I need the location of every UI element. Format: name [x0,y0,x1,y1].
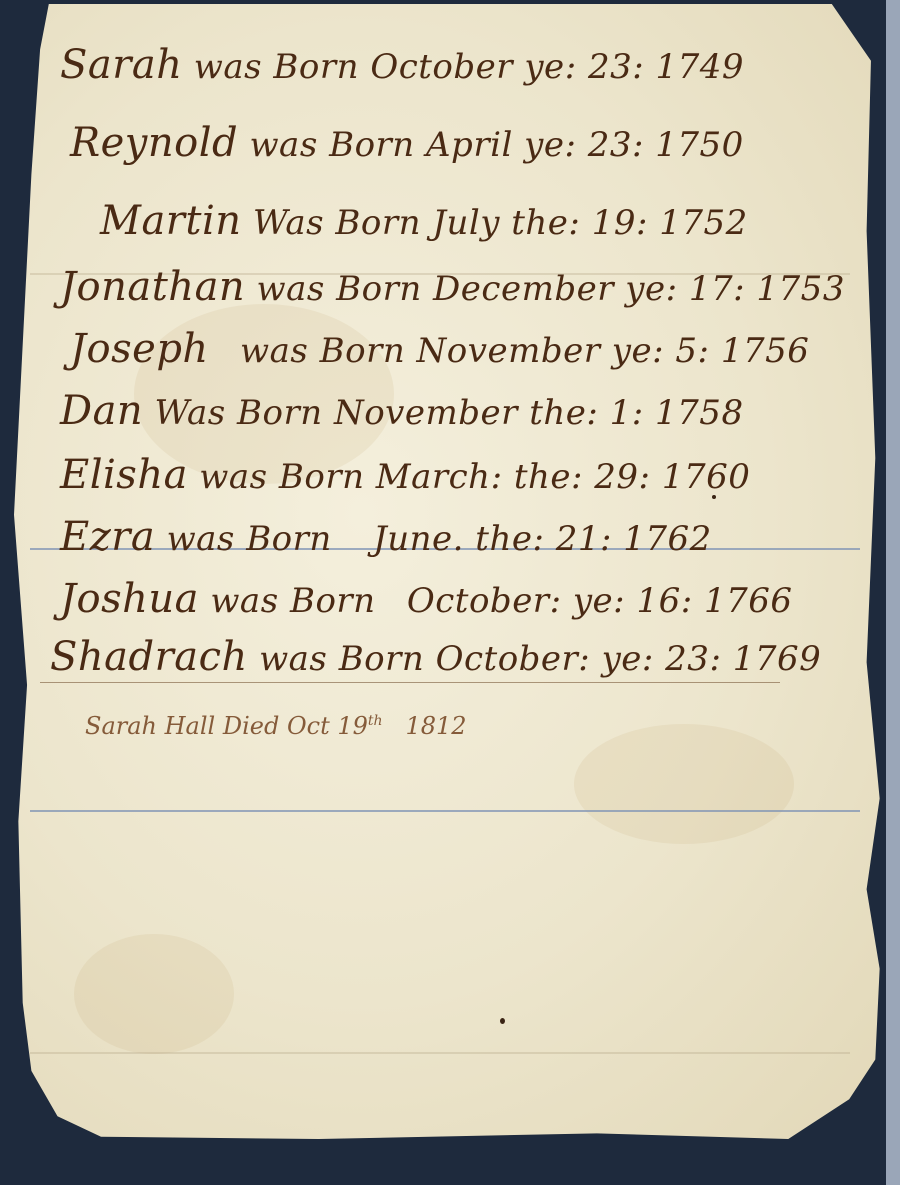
entry-article: ye [602,639,642,679]
entry-month: June [373,519,453,559]
entry-article: the [529,393,586,433]
entry-month: October [407,581,550,621]
entry-year: 1758 [655,393,744,433]
entry-article: ye [524,47,564,87]
fold-tear [30,810,860,812]
entry-year: 1750 [655,125,744,165]
entry-name: Martin [100,198,242,244]
entry-year: 1753 [756,269,845,309]
entry-day: 1 [610,393,632,433]
entry-name: Jonathan [60,264,245,310]
manuscript-page [14,4,884,1139]
entry-month: April [426,125,513,165]
entry-name: Reynold [70,120,238,166]
entry-ezra: Ezra was Born June. the: 21: 1762 [60,514,712,560]
entry-month: December [433,269,614,309]
entry-article: the [514,457,571,497]
entry-article: the [475,519,532,559]
death-note: Sarah Hall Died Oct 19th 1812 [85,712,467,740]
entry-joseph: Joseph was Born November ye: 5: 1756 [70,326,809,372]
entry-day: 21 [556,519,600,559]
entry-year: 1752 [659,203,748,243]
entry-name: Joshua [60,576,199,622]
entry-article: ye [612,331,652,371]
entry-verb: was Born [249,125,414,165]
entry-year: 1762 [623,519,712,559]
entry-jonathan: Jonathan was Born December ye: 17: 1753 [60,264,845,310]
entry-article: ye [625,269,665,309]
ink-spot [500,1018,505,1024]
entry-day: 16 [636,581,680,621]
entry-verb: was Born [259,639,424,679]
entry-verb: was Born [256,269,421,309]
death-note-ordinal: th [368,713,383,729]
fold-crease [30,1052,850,1054]
ruled-divider-line [40,682,780,683]
entry-day: 17 [689,269,733,309]
entry-name: Ezra [60,514,155,560]
entry-article: the [511,203,568,243]
entry-name: Shadrach [50,634,248,680]
entry-shadrach: Shadrach was Born October: ye: 23: 1769 [50,634,821,680]
entry-year: 1769 [733,639,822,679]
entry-year: 1756 [721,331,810,371]
paper-stain [574,724,794,844]
entry-article: ye [573,581,613,621]
entry-name: Elisha [60,452,188,498]
entry-year: 1766 [704,581,793,621]
entry-elisha: Elisha was Born March: the: 29: 1760 [60,452,750,498]
entry-day: 5 [675,331,697,371]
entry-joshua: Joshua was Born October: ye: 16: 1766 [60,576,793,622]
entry-month: July [432,203,500,243]
entry-day: 23 [588,125,632,165]
entry-verb: was Born [194,47,359,87]
entry-day: 23 [665,639,709,679]
entry-verb: Was Born [155,393,323,433]
entry-day: 29 [594,457,638,497]
entry-verb: was Born [199,457,364,497]
entry-reynold: Reynold was Born April ye: 23: 1750 [70,120,744,166]
entry-name: Joseph [70,326,209,372]
death-note-text: Sarah Hall Died Oct 19 [85,712,368,740]
entry-martin: Martin Was Born July the: 19: 1752 [100,198,748,244]
entry-day: 23 [588,47,632,87]
entry-year: 1749 [655,47,744,87]
entry-month: October [436,639,579,679]
entry-month: November [417,331,601,371]
entry-article: ye [524,125,564,165]
entry-name: Sarah [60,42,182,88]
entry-name: Dan [60,388,143,434]
entry-dan: Dan Was Born November the: 1: 1758 [60,388,744,434]
paper-stain [74,934,234,1054]
entry-sarah: Sarah was Born October ye: 23: 1749 [60,42,744,88]
entry-month: November [334,393,518,433]
entry-month: March [376,457,491,497]
scanner-edge-strip [886,0,900,1185]
entry-verb: Was Born [253,203,421,243]
entry-day: 19 [592,203,636,243]
entry-verb: was Born [240,331,405,371]
death-note-year: 1812 [405,712,466,740]
entry-verb: was Born [210,581,375,621]
entry-month: October [370,47,513,87]
entry-verb: was Born [167,519,332,559]
entry-year: 1760 [662,457,751,497]
